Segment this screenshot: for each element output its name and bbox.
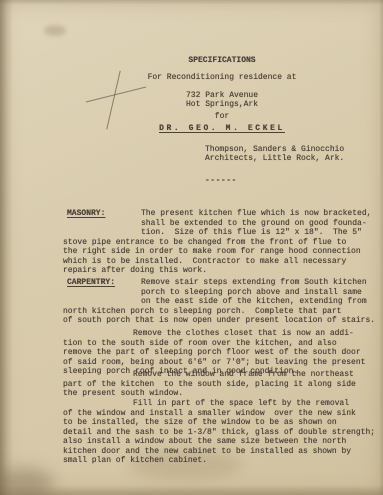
text-line: remove the part of sleeping porch floor … bbox=[63, 348, 383, 358]
scan-shadow-top bbox=[0, 0, 383, 5]
section-divider: ------ bbox=[205, 176, 237, 186]
text-line: tion to the south side of room over the … bbox=[63, 339, 383, 349]
text-line: also install a window about the same siz… bbox=[63, 437, 383, 447]
text-line: to be installed, the size of the window … bbox=[63, 418, 383, 428]
paper-smudge-corner bbox=[0, 468, 54, 495]
text-line: Remove stair steps extending from South … bbox=[141, 278, 383, 288]
text-line: Remove the window and frame from the nor… bbox=[133, 370, 383, 380]
for-word: for bbox=[110, 112, 334, 122]
text-line: small plan of kitchen cabinet. bbox=[63, 456, 383, 466]
emboss-stamp-mark bbox=[44, 25, 66, 36]
text-line: Fill in part of the space left by the re… bbox=[133, 399, 383, 409]
text-line: detail and the sash to be 1-3/8" thick, … bbox=[63, 428, 383, 438]
doc-subtitle: For Reconditioning residence at bbox=[110, 73, 334, 83]
text-line: repairs after doing this work. bbox=[63, 266, 383, 276]
text-line: tion. Size of this flue is 12" x 18". Th… bbox=[141, 228, 383, 238]
doc-title: SPECIFICATIONS bbox=[110, 56, 334, 66]
client-name: DR. GEO. M. ECKEL bbox=[110, 124, 334, 134]
text-line: part of the kitchen to the south side, p… bbox=[63, 380, 383, 390]
masonry-section: MASONRY: The present kitchen flue which … bbox=[0, 209, 383, 276]
text-line: north kitchen porch to sleeping porch. C… bbox=[63, 307, 383, 317]
text-line: kitchen door and the new cabinet to be i… bbox=[63, 447, 383, 457]
text-line: The present kitchen flue which is now br… bbox=[141, 209, 383, 219]
text-line: shall be extended to the ground on good … bbox=[141, 219, 383, 229]
carpentry-section-p3: Remove the window and frame from the nor… bbox=[0, 370, 383, 399]
text-line: Remove the clothes closet that is now an… bbox=[133, 329, 383, 339]
text-line: of south porch that is now open under pr… bbox=[63, 316, 383, 326]
text-line: on the east side of the kitchen, extendi… bbox=[141, 297, 383, 307]
document-page: SPECIFICATIONS For Reconditioning reside… bbox=[0, 0, 383, 495]
text-line: the right side in order to make room for… bbox=[63, 247, 383, 257]
text-line: which is to be installed. Contractor to … bbox=[63, 257, 383, 267]
text-line: porch to sleeping porch above and instal… bbox=[141, 288, 383, 298]
text-line: of the window and install a smaller wind… bbox=[63, 409, 383, 419]
carpentry-label: CARPENTRY: bbox=[67, 278, 115, 288]
architect-line-2: Architects, Little Rock, Ark. bbox=[205, 154, 344, 164]
carpentry-section-p1: CARPENTRY: Remove stair steps extending … bbox=[0, 278, 383, 326]
scan-shadow-bottom bbox=[0, 485, 383, 495]
text-line: of said room, being about 6'6" or 7'0"; … bbox=[63, 358, 383, 368]
text-line: the present south window. bbox=[63, 389, 383, 399]
masonry-label: MASONRY: bbox=[67, 209, 105, 219]
address-line-2: Hot Springs,Ark bbox=[110, 100, 334, 110]
text-line: stove pipe entrance to be changed from t… bbox=[63, 238, 383, 248]
carpentry-section-p4: Fill in part of the space left by the re… bbox=[0, 399, 383, 466]
